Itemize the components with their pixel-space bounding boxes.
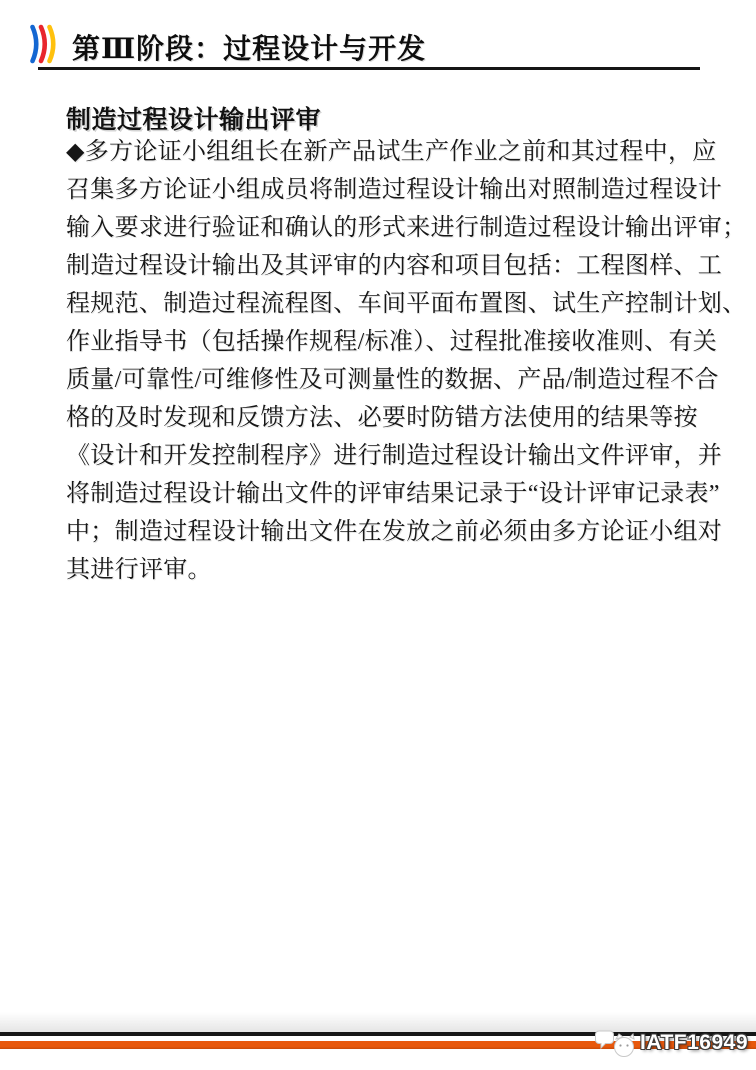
paragraph-line: 作业指导书（包括操作规程/标准）、过程批准接收准则、有关 (66, 323, 734, 361)
paragraph-line: 格的及时发现和反馈方法、必要时防错方法使用的结果等按 (66, 399, 734, 437)
paragraph-line: 召集多方论证小组成员将制造过程设计输出对照制造过程设计 (66, 171, 734, 209)
mascot-chat-icon (595, 1025, 635, 1061)
watermark-text: IATF16949 (640, 1031, 748, 1055)
header-rule (38, 67, 700, 70)
section-heading: 制造过程设计输出评审 (66, 100, 321, 136)
paragraph-line: ◆多方论证小组组长在新产品试生产作业之前和其过程中，应 (66, 133, 734, 171)
paragraph-line: 将制造过程设计输出文件的评审结果记录于“设计评审记录表” (66, 475, 734, 513)
triple-chevron-icon (29, 24, 59, 64)
paragraph-line: 《设计和开发控制程序》进行制造过程设计输出文件评审，并 (66, 437, 734, 475)
slide: 第Ⅲ阶段：过程设计与开发 制造过程设计输出评审 ◆多方论证小组组长在新产品试生产… (0, 0, 756, 1070)
watermark: IATF16949 (595, 1024, 748, 1062)
paragraph-line: 其进行评审。 (66, 551, 734, 589)
paragraph-line: 输入要求进行验证和确认的形式来进行制造过程设计输出评审； (66, 209, 734, 247)
page-title: 第Ⅲ阶段：过程设计与开发 (72, 27, 426, 67)
paragraph-line: 程规范、制造过程流程图、车间平面布置图、试生产控制计划、 (66, 285, 734, 323)
paragraph-line: 中；制造过程设计输出文件在发放之前必须由多方论证小组对 (66, 513, 734, 551)
body-paragraph: ◆多方论证小组组长在新产品试生产作业之前和其过程中，应 召集多方论证小组成员将制… (66, 133, 734, 589)
paragraph-line: 质量/可靠性/可维修性及可测量性的数据、产品/制造过程不合 (66, 361, 734, 399)
paragraph-line: 制造过程设计输出及其评审的内容和项目包括：工程图样、工 (66, 247, 734, 285)
